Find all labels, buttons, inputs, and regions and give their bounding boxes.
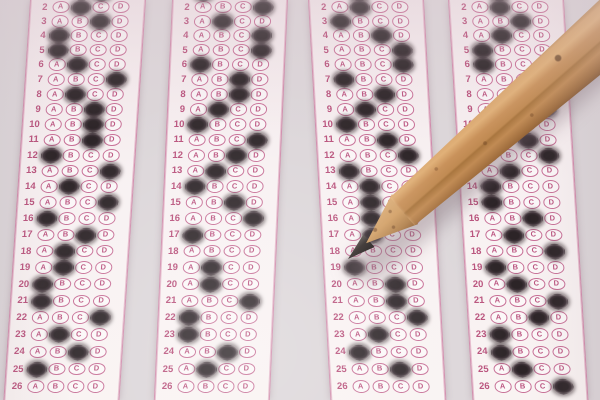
bubble-8-B: B [496, 88, 514, 101]
bubble-11-D: D [103, 134, 121, 147]
bubble-7-B: B [355, 73, 373, 86]
bubble-18-A: A [344, 245, 362, 258]
question-number: 17 [164, 229, 179, 240]
bubble-25-D: D [88, 363, 106, 376]
bubble-3-A: A [193, 15, 211, 28]
question-number: 14 [20, 181, 36, 192]
question-number: 4 [173, 30, 188, 41]
bubble-14-A-filled: A [480, 179, 502, 194]
bubble-12-B: B [500, 149, 518, 162]
bubble-18-B: B [203, 245, 221, 258]
column-2-rows: 1ABCD2ABCD3ABCD4ABCD5ABCD6ABCD7ABCD8ABCD… [155, 0, 288, 395]
bubble-26-B: B [46, 380, 64, 393]
bubble-25-C-filled: C [389, 362, 411, 377]
question-row-5: 5ABCD [170, 43, 285, 58]
bubble-10-C-filled: C [82, 117, 104, 132]
bubble-14-B-filled: B [359, 179, 381, 194]
bubble-26-A: A [352, 380, 370, 393]
bubble-14-C: C [381, 180, 399, 193]
question-row-12: 12ABCD [458, 148, 573, 164]
question-row-18: 18ABCD [14, 243, 129, 259]
question-number: 13 [461, 165, 477, 176]
bubble-13-A: A [481, 165, 499, 178]
bubble-2-A: A [194, 1, 212, 14]
bubble-12-A: A [480, 149, 498, 162]
bubble-14-A-filled: A [184, 179, 205, 194]
bubble-17-B: B [56, 229, 74, 242]
bubble-12-D: D [102, 149, 120, 162]
question-number: 9 [170, 104, 185, 115]
bubble-2-B: B [214, 1, 232, 14]
bubble-12-C: C [82, 149, 100, 162]
bubble-6-C: C [514, 58, 532, 71]
bubble-15-D-filled: D [97, 195, 119, 210]
question-row-2: 2ABCD [172, 0, 287, 14]
question-number: 3 [452, 16, 468, 27]
question-row-7: 7ABCD [453, 72, 568, 87]
bubble-7-D: D [251, 73, 269, 86]
question-number: 15 [19, 197, 35, 208]
question-row-17: 17ABCD [162, 227, 277, 243]
question-row-10: 10ABCD [316, 117, 431, 132]
bubble-21-C: C [529, 295, 547, 308]
question-row-24: 24ABCD [470, 343, 585, 360]
bubble-23-A-filled: A [177, 327, 198, 342]
question-number: 24 [330, 346, 346, 357]
question-row-9: 9ABCD [168, 102, 283, 117]
bubble-23-B: B [511, 328, 529, 341]
bubble-10-B: B [64, 118, 82, 131]
bubble-22-A: A [490, 311, 508, 324]
question-number: 11 [459, 134, 475, 145]
bubble-2-B-filled: B [349, 0, 371, 15]
bubble-22-C: C [388, 311, 406, 324]
bubble-4-A: A [472, 29, 490, 42]
question-row-18: 18ABCD [323, 243, 438, 259]
bubble-3-A: A [471, 15, 489, 28]
bubble-14-B-filled: B [58, 179, 80, 194]
question-number: 9 [457, 104, 473, 115]
bubble-14-B: B [206, 180, 224, 193]
bubble-2-C: C [511, 1, 529, 14]
bubble-10-A: A [478, 118, 496, 131]
bubble-16-A-filled: A [36, 211, 58, 226]
bubble-13-C: C [521, 165, 539, 178]
bubble-5-D: D [109, 44, 127, 57]
bubble-6-D: D [251, 58, 269, 71]
bubble-9-A: A [336, 103, 354, 116]
question-number: 9 [317, 104, 333, 115]
column-1-rows: 1ABCD2ABCD3ABCD4ABCD5ABCD6ABCD7ABCD8ABCD… [5, 0, 146, 395]
bubble-24-A: A [29, 346, 47, 359]
bubble-22-B: B [510, 311, 528, 324]
bubble-5-C: C [513, 44, 531, 57]
bubble-7-C-filled: C [229, 72, 250, 87]
question-row-17: 17ABCD [463, 227, 578, 243]
question-row-10: 10ABCD [456, 117, 571, 132]
bubble-13-C: C [380, 165, 398, 178]
bubble-15-A: A [39, 196, 57, 209]
question-row-10: 10ABCD [167, 117, 282, 132]
bubble-22-A-filled: A [178, 310, 199, 325]
question-row-5: 5ABCD [311, 43, 426, 58]
bubble-8-C-filled: C [373, 87, 395, 102]
bubble-14-A: A [40, 180, 58, 193]
question-number: 24 [9, 346, 25, 357]
bubble-19-A-filled: A [485, 260, 507, 275]
bubble-9-C-filled: C [83, 102, 105, 117]
bubble-6-B: B [354, 58, 372, 71]
bubble-12-B: B [359, 149, 377, 162]
question-number: 18 [16, 246, 32, 257]
question-row-20: 20ABCD [466, 276, 581, 293]
question-number: 15 [322, 197, 338, 208]
question-number: 7 [456, 74, 472, 85]
question-number: 13 [167, 165, 182, 176]
bubble-17-D: D [244, 229, 262, 242]
question-number: 19 [15, 262, 31, 273]
bubble-18-C: C [75, 245, 93, 258]
bubble-25-A: A [351, 363, 369, 376]
bubble-24-C-filled: C [216, 344, 237, 359]
bubble-5-A-filled: A [47, 42, 69, 57]
question-number: 22 [12, 312, 28, 323]
bubble-6-A-filled: A [472, 57, 494, 72]
question-number: 23 [329, 329, 345, 340]
question-row-17: 17ABCD [15, 227, 130, 243]
bubble-4-B: B [70, 29, 88, 42]
bubble-16-B: B [204, 212, 222, 225]
bubble-17-B-filled: B [503, 227, 525, 242]
question-number: 4 [453, 30, 469, 41]
bubble-9-D-filled: D [535, 102, 557, 117]
question-row-12: 12ABCD [317, 148, 432, 164]
bubble-12-C: C [520, 149, 538, 162]
bubble-4-D: D [392, 29, 410, 42]
bubble-4-A: A [193, 29, 211, 42]
bubble-6-B-filled: B [66, 57, 88, 72]
question-number: 5 [313, 45, 329, 56]
question-row-11: 11ABCD [457, 132, 572, 147]
question-number: 26 [474, 381, 490, 392]
bubble-11-C-filled: C [517, 132, 539, 147]
question-number: 20 [327, 279, 343, 290]
question-row-16: 16ABCD [163, 211, 278, 227]
bubble-24-A-filled: A [348, 344, 370, 359]
bubble-9-A: A [45, 103, 63, 116]
bubble-15-D: D [543, 196, 561, 209]
bubble-12-B: B [62, 149, 80, 162]
bubble-18-D: D [95, 245, 113, 258]
question-number: 11 [168, 134, 183, 145]
question-row-4: 4ABCD [171, 28, 286, 42]
bubble-8-A: A [476, 88, 494, 101]
question-number: 17 [17, 229, 33, 240]
bubble-13-A: A [186, 165, 204, 178]
question-number: 25 [331, 364, 347, 375]
bubble-19-B: B [506, 261, 524, 274]
bubble-20-A: A [346, 278, 364, 291]
question-number: 13 [21, 165, 37, 176]
question-row-14: 14ABCD [164, 179, 279, 195]
bubble-25-B: B [371, 363, 389, 376]
bubble-2-B-filled: B [70, 0, 92, 15]
question-row-19: 19ABCD [465, 259, 580, 276]
bubble-19-D: D [242, 261, 260, 274]
bubble-26-D: D [86, 380, 104, 393]
bubble-17-D: D [544, 229, 562, 242]
question-number: 19 [163, 262, 178, 273]
bubble-9-C: C [229, 103, 247, 116]
bubble-11-D: D [539, 134, 557, 147]
bubble-17-A: A [484, 229, 502, 242]
bubble-9-C: C [376, 103, 394, 116]
bubble-23-D: D [239, 328, 257, 341]
bubble-11-D: D [398, 134, 416, 147]
bubble-15-C: C [523, 196, 541, 209]
bubble-10-A-filled: A [335, 117, 357, 132]
bubble-25-B-filled: B [196, 362, 217, 377]
bubble-20-C: C [527, 278, 545, 291]
question-number: 26 [7, 381, 23, 392]
question-row-3: 3ABCD [310, 14, 425, 28]
bubble-2-D: D [531, 1, 549, 14]
question-row-20: 20ABCD [12, 276, 127, 293]
bubble-15-B: B [59, 196, 77, 209]
question-number: 18 [466, 246, 482, 257]
bubble-11-A: A [43, 134, 61, 147]
question-number: 8 [26, 89, 42, 100]
bubble-2-A: A [52, 1, 70, 14]
bubble-24-B: B [512, 346, 530, 359]
bubble-15-A-filled: A [481, 195, 503, 210]
question-row-18: 18ABCD [464, 243, 579, 259]
question-number: 17 [465, 229, 481, 240]
bubble-20-D: D [547, 278, 565, 291]
bubble-3-C: C [371, 15, 389, 28]
bubble-11-C-filled: C [376, 132, 398, 147]
bubble-25-C: C [533, 363, 551, 376]
question-row-12: 12ABCD [166, 148, 281, 164]
question-number: 4 [30, 30, 46, 41]
question-number: 14 [321, 181, 337, 192]
bubble-18-B-filled: B [53, 243, 75, 258]
question-row-22: 22ABCD [326, 309, 441, 326]
bubble-26-D: D [237, 380, 255, 393]
question-row-26: 26ABCD [155, 378, 270, 396]
bubble-21-B: B [367, 295, 385, 308]
question-number: 10 [169, 119, 184, 130]
bubble-15-C: C [79, 196, 97, 209]
bubble-18-C: C [223, 245, 241, 258]
bubble-3-C-filled: C [89, 14, 111, 29]
bubble-22-A: A [348, 311, 366, 324]
bubble-26-C: C [534, 380, 552, 393]
question-row-16: 16ABCD [321, 211, 436, 227]
question-row-8: 8ABCD [314, 87, 429, 102]
bubble-8-B: B [355, 88, 373, 101]
bubble-18-B: B [364, 245, 382, 258]
question-number: 16 [18, 213, 34, 224]
bubble-21-C: C [72, 295, 90, 308]
bubble-17-B-filled: B [361, 227, 383, 242]
question-number: 9 [25, 104, 41, 115]
question-row-9: 9ABCD [23, 102, 138, 117]
question-row-18: 18ABCD [161, 243, 276, 259]
bubble-4-B: B [213, 29, 231, 42]
bubble-24-D: D [89, 346, 107, 359]
bubble-16-B: B [503, 212, 521, 225]
question-number: 10 [24, 119, 40, 130]
bubble-20-D: D [241, 278, 259, 291]
bubble-25-D: D [237, 363, 255, 376]
bubble-6-D: D [108, 58, 126, 71]
bubble-17-C: C [383, 229, 401, 242]
bubble-24-A-filled: A [490, 344, 512, 359]
question-row-6: 6ABCD [170, 57, 285, 72]
bubble-21-D-filled: D [239, 293, 260, 308]
question-number: 23 [471, 329, 487, 340]
bubble-10-D: D [538, 118, 556, 131]
bubble-25-D: D [411, 363, 429, 376]
bubble-12-A: A [339, 149, 357, 162]
question-row-3: 3ABCD [172, 14, 287, 28]
bubble-21-C: C [221, 295, 239, 308]
bubble-21-B: B [509, 295, 527, 308]
bubble-10-D: D [249, 118, 267, 131]
question-row-10: 10ABCD [22, 117, 137, 132]
bubble-17-D: D [403, 229, 421, 242]
bubble-16-D: D [543, 212, 561, 225]
question-number: 26 [157, 381, 172, 392]
bubble-8-D: D [395, 88, 413, 101]
bubble-23-C: C [531, 328, 549, 341]
bubble-21-D: D [92, 295, 110, 308]
bubble-19-D: D [405, 261, 423, 274]
bubble-4-D-filled: D [251, 28, 272, 43]
bubble-13-A: A [41, 165, 59, 178]
bubble-5-C: C [232, 44, 250, 57]
question-number: 15 [463, 197, 479, 208]
question-number: 14 [462, 181, 478, 192]
bubble-22-B: B [368, 311, 386, 324]
question-row-22: 22ABCD [9, 309, 124, 326]
bubble-22-B: B [200, 311, 218, 324]
question-row-5: 5ABCD [27, 43, 142, 58]
bubble-22-D-filled: D [89, 310, 111, 325]
bubble-16-D: D [98, 212, 116, 225]
question-number: 24 [472, 346, 488, 357]
bubble-12-C: C [379, 149, 397, 162]
bubble-26-A: A [26, 380, 44, 393]
bubble-16-A: A [483, 212, 501, 225]
bubble-8-A: A [190, 88, 208, 101]
question-number: 4 [313, 30, 329, 41]
bubble-20-B: B [53, 278, 71, 291]
bubble-24-C: C [532, 346, 550, 359]
question-row-21: 21ABCD [159, 292, 274, 309]
bubble-8-B-filled: B [64, 87, 86, 102]
bubble-11-A: A [479, 134, 497, 147]
bubble-4-A: A [332, 29, 350, 42]
bubble-20-C: C [221, 278, 239, 291]
bubble-21-A-filled: A [30, 293, 52, 308]
bubble-21-C-filled: C [385, 293, 407, 308]
bubble-26-D-filled: D [552, 379, 574, 394]
bubble-17-C-filled: C [75, 227, 97, 242]
bubble-5-A: A [333, 44, 351, 57]
bubble-16-A: A [184, 212, 202, 225]
bubble-12-A: A [187, 149, 205, 162]
bubble-11-B: B [499, 134, 517, 147]
question-number: 12 [168, 150, 183, 161]
question-row-19: 19ABCD [323, 259, 438, 276]
bubble-20-A-filled: A [31, 276, 53, 291]
question-number: 20 [14, 279, 30, 290]
bubble-18-A: A [485, 245, 503, 258]
bubble-22-D-filled: D [406, 310, 428, 325]
bubble-19-A: A [34, 261, 52, 274]
bubble-3-A-filled: A [329, 14, 351, 29]
bubble-14-C: C [80, 180, 98, 193]
bubble-5-C: C [89, 44, 107, 57]
bubble-19-A-filled: A [343, 260, 365, 275]
question-row-19: 19ABCD [160, 259, 275, 276]
question-row-15: 15ABCD [163, 195, 278, 211]
bubble-11-D-filled: D [246, 132, 267, 147]
bubble-8-C: C [86, 88, 104, 101]
bubble-5-B: B [212, 44, 230, 57]
bubble-4-C: C [233, 29, 251, 42]
bubble-17-D: D [96, 229, 114, 242]
question-row-24: 24ABCD [328, 343, 443, 360]
bubble-15-D: D [401, 196, 419, 209]
bubble-7-C: C [87, 73, 105, 86]
bubble-17-C: C [224, 229, 242, 242]
question-number: 3 [312, 16, 328, 27]
bubble-18-D: D [404, 245, 422, 258]
bubble-15-A: A [341, 196, 359, 209]
bubble-20-C: C [73, 278, 91, 291]
question-number: 19 [467, 262, 483, 273]
bubble-20-D: D [93, 278, 111, 291]
bubble-3-B: B [491, 15, 509, 28]
question-row-5: 5ABCD [452, 43, 567, 58]
bubble-9-D: D [249, 103, 267, 116]
bubble-13-D: D [246, 165, 264, 178]
question-number: 26 [332, 381, 348, 392]
question-number: 22 [470, 312, 486, 323]
bubble-20-C-filled: C [384, 276, 406, 291]
bubble-7-B: B [211, 73, 229, 86]
bubble-22-A: A [31, 311, 49, 324]
bubble-16-C-filled: C [522, 211, 544, 226]
bubble-10-B: B [209, 118, 227, 131]
question-row-2: 2ABCD [30, 0, 145, 14]
question-row-21: 21ABCD [325, 292, 440, 309]
question-row-4: 4ABCD [28, 28, 143, 42]
question-row-7: 7ABCD [313, 72, 428, 87]
question-row-9: 9ABCD [315, 102, 430, 117]
question-row-6: 6ABCD [453, 57, 568, 72]
question-row-4: 4ABCD [451, 28, 566, 42]
bubble-16-D-filled: D [242, 211, 263, 226]
bubble-17-C: C [524, 229, 542, 242]
question-number: 22 [160, 312, 175, 323]
question-number: 3 [31, 16, 47, 27]
question-number: 21 [13, 295, 29, 306]
question-row-22: 22ABCD [158, 309, 273, 326]
